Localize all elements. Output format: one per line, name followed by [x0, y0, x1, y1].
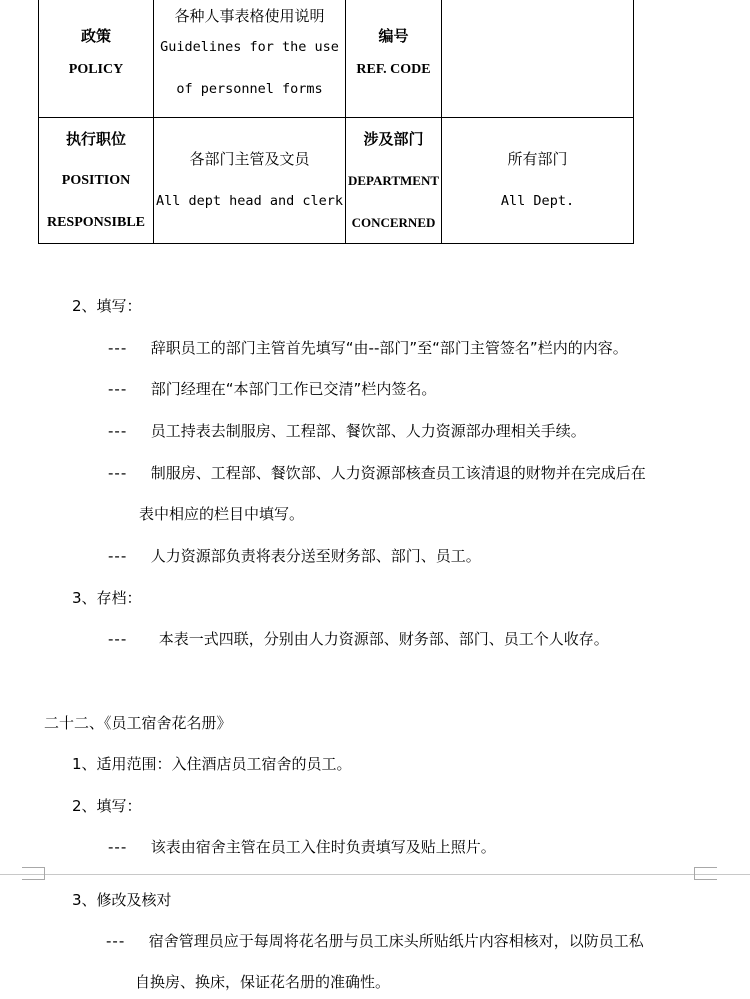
department-value-cell: 所有部门 All Dept.: [442, 118, 634, 244]
verify-item-1-text: 宿舍管理员应于每周将花名册与员工床头所贴纸片内容相核对，以防员工私: [149, 932, 644, 950]
scope-line: 1、适用范围：入住酒店员工宿舍的员工。: [72, 754, 352, 774]
dorm-fill-heading: 2、填写：: [72, 796, 142, 816]
dash-marker: ---: [108, 546, 146, 566]
department-label-en-line2: CONCERNED: [346, 212, 441, 233]
verify-heading: 3、修改及核对: [72, 890, 172, 910]
page-margin-corner-right-icon: [694, 867, 717, 880]
policy-title-cn: 各种人事表格使用说明: [154, 6, 345, 27]
position-value-cell: 各部门主管及文员 All dept head and clerk: [154, 118, 346, 244]
position-value-cn: 各部门主管及文员: [154, 149, 345, 170]
dash-marker: ---: [108, 837, 146, 857]
policy-value-cell: 各种人事表格使用说明 Guidelines for the use of per…: [154, 0, 346, 118]
archive-heading: 3、存档：: [72, 588, 142, 608]
fill-item-2-text: 部门经理在“本部门工作已交清”栏内签名。: [151, 380, 437, 398]
document-page: 政策 POLICY 各种人事表格使用说明 Guidelines for the …: [0, 0, 750, 999]
policy-label-cn: 政策: [39, 26, 153, 47]
position-label-cn: 执行职位: [39, 129, 153, 150]
dash-marker: ---: [106, 931, 144, 951]
position-value-en: All dept head and clerk: [154, 191, 345, 212]
department-value-cn: 所有部门: [442, 149, 633, 170]
fill-item-1: --- 辞职员工的部门主管首先填写“由--部门”至“部门主管签名”栏内的内容。: [108, 338, 628, 358]
ref-code-label-cn: 编号: [346, 26, 441, 47]
fill-item-3-text: 员工持表去制服房、工程部、餐饮部、人力资源部办理相关手续。: [151, 422, 586, 440]
fill-item-5-text: 人力资源部负责将表分送至财务部、部门、员工。: [151, 547, 481, 565]
dash-marker: ---: [108, 379, 146, 399]
position-label-en-line2: RESPONSIBLE: [39, 212, 153, 233]
dash-marker: ---: [108, 421, 146, 441]
fill-item-3: --- 员工持表去制服房、工程部、餐饮部、人力资源部办理相关手续。: [108, 421, 586, 441]
fill-heading: 2、填写：: [72, 296, 142, 316]
ref-code-label-cell: 编号 REF. CODE: [346, 0, 442, 118]
department-value-en: All Dept.: [442, 191, 633, 212]
position-row: 执行职位 POSITION RESPONSIBLE 各部门主管及文员 All d…: [39, 118, 634, 244]
policy-label-en: POLICY: [39, 59, 153, 80]
page-break-line: [0, 874, 750, 875]
fill-item-1-text: 辞职员工的部门主管首先填写“由--部门”至“部门主管签名”栏内的内容。: [151, 339, 628, 357]
department-label-en-line1: DEPARTMENT: [346, 170, 441, 191]
dorm-fill-item-1-text: 该表由宿舍主管在员工入住时负责填写及贴上照片。: [151, 838, 496, 856]
dorm-fill-item-1: --- 该表由宿舍主管在员工入住时负责填写及贴上照片。: [108, 837, 496, 857]
fill-item-2: --- 部门经理在“本部门工作已交清”栏内签名。: [108, 379, 436, 399]
ref-code-value-cell: [442, 0, 634, 118]
page-margin-corner-left-icon: [22, 867, 45, 880]
position-label-cell: 执行职位 POSITION RESPONSIBLE: [39, 118, 154, 244]
verify-item-1-continuation: 自换房、换床，保证花名册的准确性。: [135, 972, 390, 992]
ref-code-label-en: REF. CODE: [346, 59, 441, 80]
dash-marker: ---: [108, 463, 146, 483]
archive-item-1: --- 本表一式四联，分别由人力资源部、财务部、部门、员工个人收存。: [108, 629, 609, 649]
policy-title-en-line2: of personnel forms: [154, 79, 345, 100]
dash-marker: ---: [108, 338, 146, 358]
verify-item-1: --- 宿舍管理员应于每周将花名册与员工床头所贴纸片内容相核对，以防员工私: [106, 931, 644, 951]
dash-marker: ---: [108, 629, 154, 649]
section-22-title: 二十二、《员工宿舍花名册》: [44, 713, 232, 733]
fill-item-4-text: 制服房、工程部、餐饮部、人力资源部核查员工该清退的财物并在完成后在: [151, 464, 646, 482]
department-label-cell: 涉及部门 DEPARTMENT CONCERNED: [346, 118, 442, 244]
policy-row: 政策 POLICY 各种人事表格使用说明 Guidelines for the …: [39, 0, 634, 118]
archive-item-1-text: 本表一式四联，分别由人力资源部、财务部、部门、员工个人收存。: [159, 630, 609, 648]
policy-header-table: 政策 POLICY 各种人事表格使用说明 Guidelines for the …: [38, 0, 634, 244]
policy-title-en-line1: Guidelines for the use: [154, 37, 345, 58]
position-label-en-line1: POSITION: [39, 170, 153, 191]
policy-label-cell: 政策 POLICY: [39, 0, 154, 118]
fill-item-5: --- 人力资源部负责将表分送至财务部、部门、员工。: [108, 546, 481, 566]
department-label-cn: 涉及部门: [346, 129, 441, 150]
fill-item-4-continuation: 表中相应的栏目中填写。: [139, 504, 304, 524]
fill-item-4: --- 制服房、工程部、餐饮部、人力资源部核查员工该清退的财物并在完成后在: [108, 463, 646, 483]
